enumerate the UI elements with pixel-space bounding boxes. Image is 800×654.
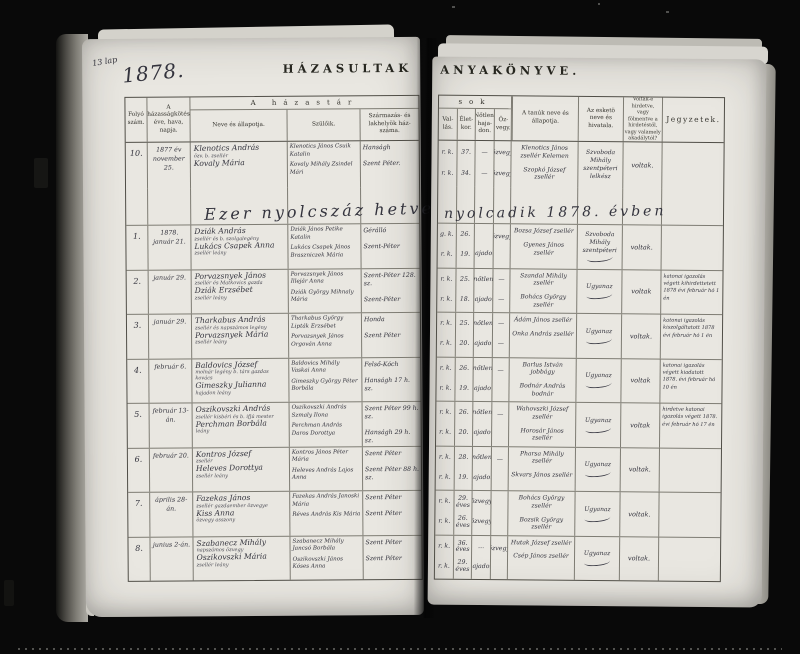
column-header-banns: Voltak-e hirdetve, vagy fölmentve a hird… (624, 97, 663, 141)
notes-cell: hirdetve katonai igazolás végett 1878. é… (660, 404, 721, 448)
spouse-names-cell: Fazekas János zsellér gazdaember özvegye… (193, 492, 290, 536)
notes-cell (662, 226, 723, 270)
groom-widowed: — (497, 412, 503, 419)
notes-cell (659, 537, 720, 581)
religion-cell: r. k. r. k. (436, 402, 455, 446)
register-row-left: 7. április 28-án. Fazekas János zsellér … (128, 491, 421, 538)
group-header-spouses-right: sok (439, 96, 511, 110)
notes-text: katonai igazolás végett kiadatott 1878. … (662, 362, 719, 392)
groom-single: nőtlen (473, 410, 492, 417)
year-banner-row-left: Ezer nyolcszáz hetven (126, 187, 419, 226)
notes-cell (662, 143, 723, 190)
parents-cell: Dziák János Petike Katalin Lukács Csapek… (288, 224, 361, 268)
groom-religion: r. k. (438, 544, 450, 551)
register-row-left: 10. 1877 év november 25. Klenotics Andrá… (126, 141, 419, 189)
religion-cell: r. k. r. k. (435, 491, 454, 535)
marriage-date: junius 2-án. (150, 537, 193, 581)
groom-widowed: — (498, 277, 504, 284)
signature-flourish (585, 424, 611, 434)
religion-cell: r. k. r. k. (438, 141, 457, 187)
banns-cell: voltak. (623, 225, 662, 269)
witness-1: Ádám János zsellér (512, 316, 574, 324)
column-header-marriage-date: A házasságkötés éve, hava, napja. (147, 97, 190, 141)
column-header-parents: Szülőik. (287, 109, 360, 141)
religion-cell: g. k. r. k. (438, 224, 457, 268)
witness-1: Bozsa József zsellér (513, 227, 575, 235)
religion-cell: r. k. r. k. (436, 357, 455, 401)
groom-name: Baldovics József (195, 360, 285, 371)
residence-cell: Honda Szent Péter (362, 313, 420, 357)
register-row-right: r. k. r. k. 29. éves 26. éves özvegy özv… (435, 491, 720, 538)
book-edge-notch (34, 158, 48, 188)
bride-single: hajadon (472, 564, 491, 571)
groom-name: Szabanecz Mihály (196, 538, 286, 549)
witnesses-cell: Barlus István jobbágy Bodnár András bodn… (509, 358, 576, 402)
notes-cell: katonai igazolás végett kihirdettetett 1… (661, 270, 722, 314)
widowed-cell: özvegy özvegy (494, 141, 511, 187)
age-cell: 28. 19. (455, 446, 473, 490)
spouse-names-cell: Porvazsnyek János zsellér és Matkovics g… (192, 269, 289, 313)
religion-cell: r. k. r. k. (437, 313, 456, 357)
bride-single: hajadon (474, 297, 493, 304)
witness-2: Skvars János zsellér (511, 471, 573, 479)
widowed-cell: özvegy (494, 224, 511, 268)
bride-residence: Szent-Péter (363, 243, 417, 251)
year-banner-right: nyolcadik 1878. évben (444, 203, 667, 222)
notes-text: katonai igazolás kiszolgáltatott 1878 év… (663, 318, 720, 341)
bride-single: hajadon (475, 250, 494, 257)
groom-single: nőtlen (473, 455, 492, 462)
parents-cell: Baldovics Mihály Vaskai Anna Gimeszky Gy… (289, 358, 362, 402)
right-table-header: sok Val- lás. Élet- kor. Nőtlen, haja- d… (439, 96, 724, 143)
column-header-residence: Származás- és lakhelyök ház-száma. (360, 109, 418, 140)
witness-2: Szopkó József zsellér (513, 166, 575, 182)
groom-single: nőtlen (474, 321, 493, 328)
residence-cell: Hanságh Szent Péter. (361, 141, 419, 187)
officiant-cell: Ugyanaz (577, 269, 622, 313)
bride-parents: Porvazsnyek János Orgován Anna (291, 333, 359, 349)
widowed-cell: — — (493, 269, 510, 313)
groom-residence: Honda (364, 316, 418, 324)
rows-1878-right: g. k. r. k. 26. 19. hajadon özvegy (435, 224, 723, 581)
bride-parents: Réves András Kis Mária (292, 511, 360, 519)
groom-name: Kontros József (196, 449, 286, 460)
bride-religion: r. k. (439, 430, 451, 437)
notes-cell (660, 448, 721, 492)
residence-cell: Szent-Péter 128. sz. Szent-Péter (362, 268, 420, 312)
single-cell: nőtlen hajadon (473, 357, 492, 401)
notes-cell: katonai igazolás végett kiadatott 1878. … (660, 359, 721, 403)
bride-age: 20. (459, 341, 469, 348)
register-row-left: 4. február 6. Baldovics József molnár le… (127, 357, 420, 404)
left-register-table: Folyó szám. A házasságkötés éve, hava, n… (124, 95, 422, 582)
officiant-cell: Ugyanaz (576, 447, 621, 491)
bride-single: hajadon (473, 475, 492, 482)
bride-single: — (481, 171, 487, 178)
bride-residence: Szent-Péter (364, 295, 418, 303)
groom-age: 36. éves (454, 540, 471, 554)
banns-cell: voltak. (621, 448, 660, 492)
left-page: 13 lap 1878. HÁZASULTAK Folyó szám. A há… (82, 37, 424, 617)
religion-cell: r. k. r. k. (436, 446, 455, 490)
bride-parents: Lukács Csapek János Braszniczek Mária (290, 244, 358, 260)
bride-age: 34. (461, 171, 471, 178)
rows-1877-right: r. k. r. k. 37. 34. — — özvegy (438, 141, 723, 189)
register-row-left: 1. 1878. január 21. Dziák András zsellér… (126, 224, 419, 271)
row-number: 8. (128, 537, 150, 581)
groom-single: nőtlen (473, 366, 492, 373)
bride-single: özvegy (472, 519, 491, 526)
witnesses-cell: Pharsa Mihály zsellér Skvars János zsell… (509, 447, 576, 491)
groom-age: 25. (460, 321, 470, 328)
groom-parents: Klenotics János Csuik Katalin (290, 143, 358, 159)
officiant-cell: Ugyanaz (575, 492, 620, 536)
column-header-witnesses: A tanúk neve és állapotja. (512, 96, 579, 141)
bride-religion: r. k. (440, 296, 452, 303)
signature-flourish (586, 335, 612, 345)
spouse-names-cell: Dziák András zsellér és b. szolgalegény … (191, 225, 288, 269)
residence-cell: Szent Péter 99 h. sz. Hanságh 29 h. sz. (363, 402, 421, 446)
groom-single: özvegy (472, 499, 491, 506)
banns-cell: voltak. (622, 314, 661, 358)
bride-parents: Dziák György Mihnaly Mária (291, 289, 359, 305)
groom-religion: r. k. (439, 455, 451, 462)
register-row-left: 8. junius 2-án. Szabanecz Mihály napszám… (128, 535, 421, 581)
column-header-name-status: Neve és állapotja. (190, 110, 287, 142)
banns-value: voltak (630, 377, 650, 385)
left-page-title: HÁZASULTAK (283, 61, 413, 76)
spouse-names-cell: Szabanecz Mihály napszámos özvegy Osziko… (193, 536, 290, 580)
groom-parents: Kontros János Péter Mária (292, 449, 360, 465)
widowed-cell: özvegy (491, 536, 508, 580)
witness-2: Onka András zsellér (512, 330, 574, 338)
bride-religion: r. k. (440, 341, 452, 348)
right-page-title: ANYAKÖNYVE. (440, 63, 580, 78)
banns-value: voltak (630, 421, 650, 429)
register-row-right: r. k. r. k. 25. 18. nőtlen hajadon — (437, 268, 722, 315)
spouse-names-cell: Oszikovszki András zsellér kisbéri és b.… (193, 403, 290, 447)
banns-value: voltak. (629, 466, 651, 474)
notes-cell: katonai igazolás kiszolgáltatott 1878 év… (661, 315, 722, 359)
notes-text: hirdetve katonai igazolás végett 1878. é… (662, 407, 719, 430)
banns-value: voltak. (631, 161, 653, 169)
single-cell: nőtlen hajadon (474, 268, 493, 312)
bride-widowed: — (498, 297, 504, 304)
bride-religion: r. k. (438, 563, 450, 570)
age-cell: 26. 19. (457, 224, 475, 268)
age-cell: 25. 20. (456, 313, 474, 357)
left-table-header: Folyó szám. A házasságkötés éve, hava, n… (125, 96, 418, 143)
groom-residence: Szent Péter (365, 538, 419, 546)
single-cell: nőtlen hajadon (473, 402, 492, 446)
row-number: 10. (126, 143, 148, 189)
groom-residence: Szent Péter (365, 494, 419, 502)
age-cell: 26. 20. (455, 402, 473, 446)
groom-widowed: — (498, 368, 504, 375)
parents-cell: Porvazsnyek János Illejár Anna Dziák Gyö… (289, 269, 362, 313)
right-register-table: sok Val- lás. Élet- kor. Nőtlen, haja- d… (434, 95, 725, 582)
bride-religion: r. k. (438, 519, 450, 526)
single-cell: … hajadon (472, 535, 491, 579)
bride-residence: Hanságh 29 h. sz. (365, 429, 419, 446)
bride-residence: Szent Péter 88 h. sz. (365, 465, 419, 482)
banns-cell: voltak. (620, 537, 659, 581)
single-cell: hajadon (475, 224, 494, 268)
bride-age: 20. (459, 430, 469, 437)
register-row-left: 3. január 29. Tharkabus András zsellér é… (127, 313, 420, 360)
officiant-cell: Ugyanaz (576, 403, 621, 447)
scan-artifact (452, 6, 455, 8)
signature-flourish (584, 557, 610, 567)
signature-flourish (585, 379, 611, 389)
widowed-cell (491, 491, 508, 535)
age-cell: 37. 34. (457, 141, 475, 187)
bride-status: zsellér leány (197, 562, 287, 569)
groom-residence: Hanságh (363, 144, 417, 152)
groom-residence: Szent-Péter 128. sz. (364, 271, 418, 288)
column-header-officiant: Az esketö neve és hivatala. (579, 97, 624, 141)
bride-parents: Kovaly Mihály Zsindel Mári (290, 161, 358, 177)
parents-cell: Tharkabus György Lipták Erzsébet Porvazs… (289, 313, 362, 357)
witness-1: Klenotics János zsellér Kelemen (513, 144, 575, 160)
column-header-running-number: Folyó szám. (125, 98, 147, 142)
marriage-date: 1878. január 21. (148, 225, 191, 269)
register-row-right: r. k. r. k. 36. éves 29. éves … hajadon (435, 535, 720, 581)
groom-residence: Felső-Kóch (364, 360, 418, 368)
widowed-cell: — (492, 447, 509, 491)
register-row-right: r. k. r. k. 25. 20. nőtlen hajadon — (437, 313, 722, 360)
bride-name: Kovaly Mária (194, 158, 284, 169)
bride-age: 18. (460, 297, 470, 304)
single-cell: özvegy özvegy (472, 491, 491, 535)
column-header-single: Nőtlen, haja- don. (476, 109, 495, 140)
age-cell: 25. 18. (456, 268, 474, 312)
bride-widowed: özvegy (494, 171, 511, 178)
groom-residence: Szent Péter 99 h. sz. (365, 405, 419, 422)
groom-age: 26. (459, 410, 469, 417)
bride-age: 19. (459, 386, 469, 393)
groom-single: — (481, 150, 487, 157)
marriage-date: február 13-án. (150, 403, 193, 447)
signature-flourish (584, 513, 610, 523)
bride-parents: Heleves András Lajos Anna (292, 467, 360, 483)
officiant-cell: Ugyanaz (575, 536, 620, 580)
groom-widowed: özvegy (494, 234, 511, 241)
column-header-age: Élet- kor. (458, 109, 476, 140)
groom-religion: g. k. (440, 232, 454, 239)
parents-cell: Fazekas András Janoski Mária Réves Andrá… (290, 491, 363, 535)
bride-age: 26. éves (454, 516, 471, 530)
bride-single: hajadon (473, 430, 492, 437)
witness-2: Csép János zsellér (510, 553, 572, 561)
groom-name: Porvazsnyek János (195, 271, 285, 282)
widowed-cell: — (492, 402, 509, 446)
parents-cell: Oszikovszki András Szmaly Ilona Perchman… (290, 402, 363, 446)
bride-residence: Hanságh 17 h. sz. (364, 376, 418, 393)
marriage-date: 1877 év november 25. (148, 142, 191, 188)
groom-widowed: — (497, 457, 503, 464)
year-annotation: 1878. (121, 58, 185, 88)
spouse-names-cell: Baldovics József molnár legény b. társ g… (192, 358, 289, 402)
marriage-date: február 20. (150, 448, 193, 492)
marriage-date: január 29. (149, 314, 192, 358)
groom-widowed: özvegy (491, 546, 508, 553)
row-number: 5. (128, 404, 150, 448)
witness-2: Horosár János zsellér (511, 427, 573, 443)
row-number: 4. (127, 359, 149, 403)
bride-age: 29. éves (454, 560, 471, 574)
religion-cell: r. k. r. k. (437, 268, 456, 312)
register-row-left: 6. február 20. Kontros József zsellér He… (128, 446, 421, 493)
officiant-cell: Ugyanaz (577, 314, 622, 358)
groom-parents: Baldovics Mihály Vaskai Anna (291, 360, 359, 376)
bride-residence: Szent Péter (365, 510, 419, 518)
bride-parents: Gimeszky György Péter Borbála (291, 378, 359, 394)
groom-religion: r. k. (440, 366, 452, 373)
bride-single: hajadon (474, 341, 493, 348)
officiant-name: Szvoboda Mihály szentpéteri (579, 231, 621, 255)
banns-cell: voltak (621, 403, 660, 447)
marriage-date: április 28-án. (150, 492, 193, 536)
widowed-cell: — — (493, 313, 510, 357)
page-number-annotation: 13 lap (92, 55, 118, 68)
groom-residence: Gérálló (363, 227, 417, 235)
bride-status: hajadon leány (195, 390, 285, 397)
bride-age: 19. (460, 252, 470, 259)
column-group-spouses: A házastár Neve és állapotja. Szülőik. S… (190, 96, 418, 142)
scan-artifact (666, 11, 669, 13)
bride-name: Perchman Borbála (196, 419, 286, 430)
spouse-names-cell: Kontros József zsellér Heleves Dorottya … (193, 447, 290, 491)
column-group-spouses-cont: sok Val- lás. Élet- kor. Nőtlen, haja- d… (439, 96, 512, 141)
spouse-names-cell: Tharkabus András zsellér és napszámos le… (192, 314, 289, 358)
groom-religion: r. k. (439, 499, 451, 506)
scan-artifact (598, 3, 600, 5)
witness-1: Hutak József zsellér (510, 539, 572, 547)
groom-parents: Dziák János Petike Katalin (290, 226, 358, 242)
officiant-cell: Ugyanaz (576, 358, 621, 402)
witness-1: Bohács György zsellér (510, 494, 572, 510)
groom-religion: r. k. (440, 277, 452, 284)
single-cell: nőtlen hajadon (473, 446, 492, 490)
right-page: ANYAKÖNYVE. sok Val- lás. Élet- kor. Nőt… (428, 57, 767, 608)
witnesses-cell: Klenotics János zsellér Kelemen Szopkó J… (511, 141, 578, 188)
officiant-cell: Szvoboda Mihály szentpéteri (578, 225, 623, 269)
banns-cell: voltak. (620, 492, 659, 536)
book-edge-notch (4, 580, 14, 606)
rows-1878: 1. 1878. január 21. Dziák András zsellér… (126, 224, 421, 581)
spouse-names-cell: Klenotics András özv. b. zsellér Kovaly … (191, 142, 288, 189)
parents-cell: Klenotics János Csuik Katalin Kovaly Mih… (288, 141, 361, 188)
bride-parents: Perchman András Daros Dorottya (292, 422, 360, 438)
groom-age: 25. (460, 277, 470, 284)
witnesses-cell: Bozsa József zsellér Gyenes János zsellé… (511, 224, 578, 268)
row-number: 3. (127, 315, 149, 359)
bride-religion: r. k. (441, 171, 453, 178)
banns-cell: voltak (621, 359, 660, 403)
banns-cell: voltak (622, 270, 661, 314)
groom-single: … (478, 544, 484, 551)
residence-cell: Szent Péter Szent Péter 88 h. sz. (363, 446, 421, 490)
groom-age: 28. (458, 455, 468, 462)
groom-parents: Szabanecz Mihály Jancsó Borbála (292, 538, 360, 554)
banns-value: voltak. (630, 332, 652, 340)
officiant-cell: Szvoboda Mihály szentpéteri lelkész (578, 142, 623, 188)
year-banner-row-right: nyolcadik 1878. évben (438, 187, 723, 226)
marriage-date: január 29. (149, 270, 192, 314)
witness-2: Bohács György zsellér (512, 293, 574, 309)
parents-cell: Kontros János Péter Mária Heleves András… (290, 447, 363, 491)
witness-1: Pharsa Mihály zsellér (511, 450, 573, 466)
bride-religion: r. k. (440, 385, 452, 392)
officiant-name: Szvoboda Mihály szentpéteri lelkész (579, 149, 621, 181)
residence-cell: Gérálló Szent-Péter (361, 224, 419, 268)
register-row-left: 5. február 13-án. Oszikovszki András zse… (128, 402, 421, 449)
banns-value: voltak. (628, 555, 650, 563)
row-number: 6. (128, 448, 150, 492)
signature-flourish (585, 468, 611, 478)
register-row-right: r. k. r. k. 26. 19. nőtlen hajadon — (436, 357, 721, 404)
bride-name: Lukács Csapek Anna (194, 241, 284, 252)
notes-cell (659, 493, 720, 537)
witnesses-cell: Bohács György zsellér Bozsik György zsel… (508, 491, 575, 535)
groom-age: 26. (459, 366, 469, 373)
row-number: 2. (127, 270, 149, 314)
bride-widowed: — (498, 341, 504, 348)
groom-widowed: özvegy (494, 150, 511, 157)
groom-residence: Szent Péter (365, 449, 419, 457)
bride-status: zsellér leány (196, 473, 286, 480)
row-number: 1. (126, 226, 148, 270)
bride-religion: r. k. (439, 474, 451, 481)
register-row-right: r. k. r. k. 26. 20. nőtlen hajadon — (436, 402, 721, 449)
age-cell: 36. éves 29. éves (454, 535, 472, 579)
witness-1: Szandal Mihály zsellér (512, 272, 574, 288)
banns-cell: voltak. (623, 142, 662, 188)
bride-name: Porvazsnyek Mária (195, 330, 285, 341)
bride-residence: Szent Péter. (363, 160, 417, 168)
register-row-right: r. k. r. k. 37. 34. — — özvegy (438, 141, 723, 189)
banns-value: voltak (631, 288, 651, 296)
witness-1: Wahovszki József zsellér (511, 405, 573, 421)
parents-cell: Szabanecz Mihály Jancsó Borbála Oszikovs… (290, 536, 363, 580)
signature-flourish (586, 290, 612, 300)
scan-artifact-dotted-line (18, 648, 782, 650)
column-header-widowed: Öz- vegy. (495, 109, 512, 140)
witness-2: Bozsik György zsellér (510, 516, 572, 532)
groom-age: 37. (461, 150, 471, 157)
bride-residence: Szent Péter (366, 554, 420, 562)
bride-age: 19. (458, 475, 468, 482)
age-cell: 26. 19. (455, 357, 473, 401)
column-header-notes: Jegyzetek. (663, 98, 724, 143)
notes-text: katonai igazolás végett kihirdettetett 1… (663, 273, 720, 303)
bride-religion: r. k. (441, 252, 453, 259)
witnesses-cell: Szandal Mihály zsellér Bohács György zse… (510, 269, 577, 313)
witnesses-cell: Hutak József zsellér Csép János zsellér (508, 536, 575, 580)
single-cell: — — (475, 141, 494, 187)
marriage-date: február 6. (149, 359, 192, 403)
banns-value: voltak. (631, 243, 653, 251)
witness-2: Gyenes János zsellér (513, 241, 575, 257)
scanned-register-photo: 13 lap 1878. HÁZASULTAK Folyó szám. A há… (0, 0, 800, 654)
bride-residence: Szent Péter (364, 332, 418, 340)
register-row-right: g. k. r. k. 26. 19. hajadon özvegy (438, 224, 723, 271)
signature-flourish (586, 254, 612, 264)
groom-parents: Tharkabus György Lipták Erzsébet (291, 315, 359, 331)
register-row-left: 2. január 29. Porvazsnyek János zsellér … (127, 268, 420, 315)
register-row-right: r. k. r. k. 28. 19. nőtlen hajadon — (436, 446, 721, 493)
